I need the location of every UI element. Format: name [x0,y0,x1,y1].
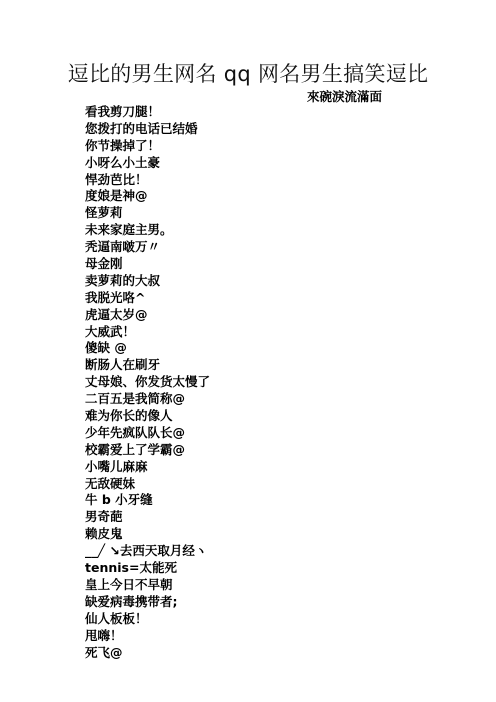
list-item: 少年先疯队队长@ [85,425,210,442]
list-item: 牛 b 小牙缝 [85,492,210,509]
list-item: 小呀么小土豪 [85,155,210,172]
list-item: 您拨打的电话已结婚 [85,121,210,138]
list-item: 虎逼太岁@ [85,307,210,324]
list-item: 男奇葩 [85,509,210,526]
list-item: 皇上今日不早朝 [85,577,210,594]
list-item: 校霸爱上了学霸@ [85,442,210,459]
list-item: 卖萝莉的大叔 [85,273,210,290]
list-item: 秃逼南啵万〃 [85,239,210,256]
list-item: 无敌硬妹 [85,476,210,493]
list-item: 赖皮鬼 [85,526,210,543]
list-item: 死飞@ [85,645,210,662]
list-item: 你节操掉了！ [85,138,210,155]
list-item: 难为你长的像人 [85,408,210,425]
list-item: __╱ ↘去西天取月经ヽ [85,543,210,560]
list-item: 丈母娘、你发货太慢了 [85,374,210,391]
author-subtitle: 來碗淚流滿面 [307,89,382,105]
list-item: 二百五是我简称@ [85,391,210,408]
nickname-list: 看我剪刀腿！ 您拨打的电话已结婚 你节操掉了！ 小呀么小土豪 悍劲芭比！ 度娘是… [85,104,210,661]
list-item: 大威武！ [85,324,210,341]
list-item: 甩嗨！ [85,628,210,645]
list-item: 悍劲芭比！ [85,172,210,189]
list-item: 度娘是神@ [85,188,210,205]
list-item: 我脱光咯^ [85,290,210,307]
list-item: tennis=太能死 [85,560,210,577]
list-item: 看我剪刀腿！ [85,104,210,121]
list-item: 小嘴儿麻麻 [85,459,210,476]
list-item: 仙人板板！ [85,611,210,628]
list-item: 缺爱病毒携带者; [85,594,210,611]
list-item: 傻缺 @ [85,340,210,357]
list-item: 怪萝莉 [85,205,210,222]
page-title: 逗比的男生网名 qq 网名男生搞笑逗比 [0,61,496,87]
list-item: 未来家庭主男。 [85,222,210,239]
list-item: 断肠人在刷牙 [85,357,210,374]
list-item: 母金刚 [85,256,210,273]
